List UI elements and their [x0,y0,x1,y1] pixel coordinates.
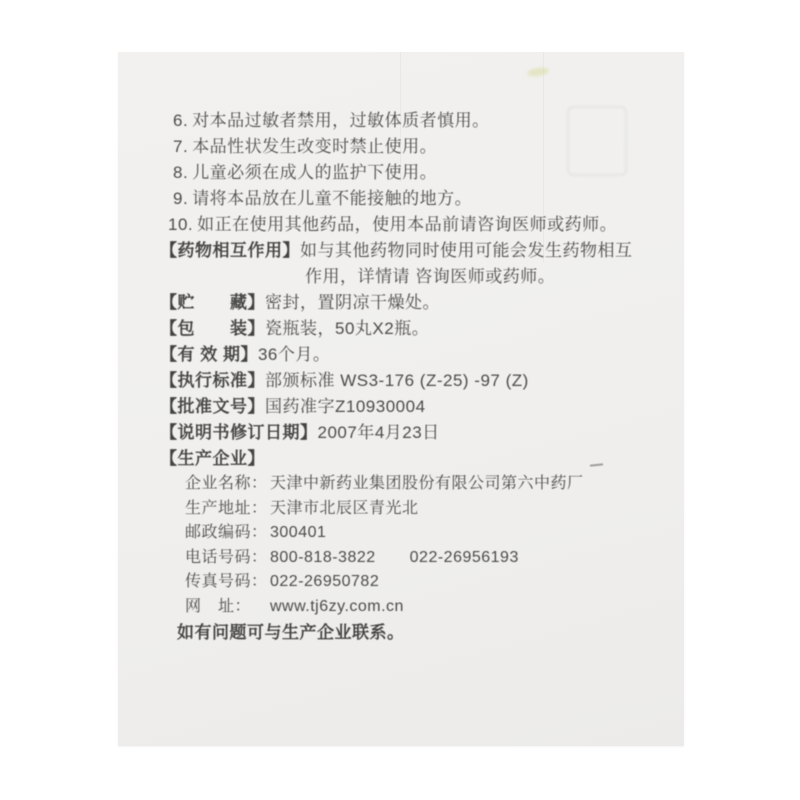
item-text: 请将本品放在儿童不能接触的地方。 [192,189,472,208]
detail-value: 022-26950782 [270,573,379,590]
field-value: 国药准字Z10930004 [265,397,426,416]
field-row-package: 【包 装】瓷瓶装，50丸X2瓶。 [160,316,648,342]
website-row: 网 址：www.tj6zy.com.cn [185,595,648,620]
detail-value: 800-818-3822 [270,549,376,566]
item-number: 10. [168,215,193,234]
detail-label: 邮政编码： [185,521,270,546]
field-row-manufacturer-header: 【生产企业】 [160,446,648,472]
field-value: 2007年4月23日 [318,423,440,442]
field-label: 【批准文号】 [160,397,265,416]
detail-label: 企业名称： [185,472,270,497]
field-value: 瓷瓶装，50丸X2瓶。 [265,319,429,338]
item-text: 如正在使用其他药品，使用本品前请咨询医师或药师。 [197,215,617,234]
field-label: 【执行标准】 [160,371,265,390]
field-label: 【有 效 期】 [160,345,258,364]
interaction-line1: 【药物相互作用】如与其他药物同时使用可能会发生药物相互 [160,238,648,264]
precaution-list: 6.对本品过敏者禁用，过敏体质者慎用。 7.本品性状发生改变时禁止使用。 8.儿… [160,108,648,238]
fax-row: 传真号码：022-26950782 [185,570,648,595]
item-number: 6. [173,111,188,130]
field-list: 【贮 藏】密封，置阴凉干燥处。 【包 装】瓷瓶装，50丸X2瓶。 【有 效 期】… [160,290,648,472]
field-value: 36个月。 [258,345,330,364]
drug-interaction-section: 【药物相互作用】如与其他药物同时使用可能会发生药物相互 作用，详情请 咨询医师或… [160,238,648,290]
item-number: 8. [173,163,188,182]
field-row-storage: 【贮 藏】密封，置阴凉干燥处。 [160,290,648,316]
field-label: 【贮 藏】 [160,293,265,312]
detail-value: 300401 [270,524,326,541]
field-row-standard: 【执行标准】部颁标准 WS3-176 (Z-25) -97 (Z) [160,368,648,394]
detail-label: 生产地址： [185,497,270,522]
detail-value: www.tj6zy.com.cn [270,598,404,615]
phone-row: 电话号码：800-818-3822022-26956193 [185,546,648,571]
manufacturer-details: 企业名称：天津中新药业集团股份有限公司第六中药厂 生产地址：天津市北辰区青光北 … [160,472,648,619]
leaflet-photo: 6.对本品过敏者禁用，过敏体质者慎用。 7.本品性状发生改变时禁止使用。 8.儿… [0,0,800,800]
section-text: 如与其他药物同时使用可能会发生药物相互 [300,241,633,260]
leaflet-text: 6.对本品过敏者禁用，过敏体质者慎用。 7.本品性状发生改变时禁止使用。 8.儿… [118,52,684,746]
detail-label: 电话号码： [185,546,270,571]
precaution-item: 9.请将本品放在儿童不能接触的地方。 [173,186,648,212]
item-text: 本品性状发生改变时禁止使用。 [192,137,437,156]
item-text: 对本品过敏者禁用，过敏体质者慎用。 [192,111,490,130]
company-name-row: 企业名称：天津中新药业集团股份有限公司第六中药厂 [185,472,648,497]
precaution-item: 6.对本品过敏者禁用，过敏体质者慎用。 [173,108,648,134]
field-label: 【说明书修订日期】 [160,423,318,442]
detail-label: 网 址： [185,595,270,620]
field-row-approval-number: 【批准文号】国药准字Z10930004 [160,394,648,420]
section-label: 【药物相互作用】 [160,241,300,260]
item-number: 9. [173,189,188,208]
field-row-revision-date: 【说明书修订日期】2007年4月23日 [160,420,648,446]
address-row: 生产地址：天津市北辰区青光北 [185,497,648,522]
precaution-item: 10.如正在使用其他药品，使用本品前请咨询医师或药师。 [168,212,648,238]
interaction-line2: 作用，详情请 咨询医师或药师。 [305,264,648,290]
field-value: 部颁标准 WS3-176 (Z-25) -97 (Z) [265,371,529,390]
item-number: 7. [173,137,188,156]
field-label: 【生产企业】 [160,449,265,468]
detail-value: 天津市北辰区青光北 [270,500,419,517]
leaflet-paper: 6.对本品过敏者禁用，过敏体质者慎用。 7.本品性状发生改变时禁止使用。 8.儿… [118,52,684,746]
detail-value-secondary: 022-26956193 [410,549,519,566]
postcode-row: 邮政编码：300401 [185,521,648,546]
field-value: 密封，置阴凉干燥处。 [265,293,440,312]
field-label: 【包 装】 [160,319,265,338]
contact-note: 如有问题可与生产企业联系。 [177,620,648,646]
detail-label: 传真号码： [185,570,270,595]
precaution-item: 7.本品性状发生改变时禁止使用。 [173,134,648,160]
item-text: 儿童必须在成人的监护下使用。 [192,163,437,182]
precaution-item: 8.儿童必须在成人的监护下使用。 [173,160,648,186]
field-row-validity: 【有 效 期】36个月。 [160,342,648,368]
detail-value: 天津中新药业集团股份有限公司第六中药厂 [270,475,584,492]
